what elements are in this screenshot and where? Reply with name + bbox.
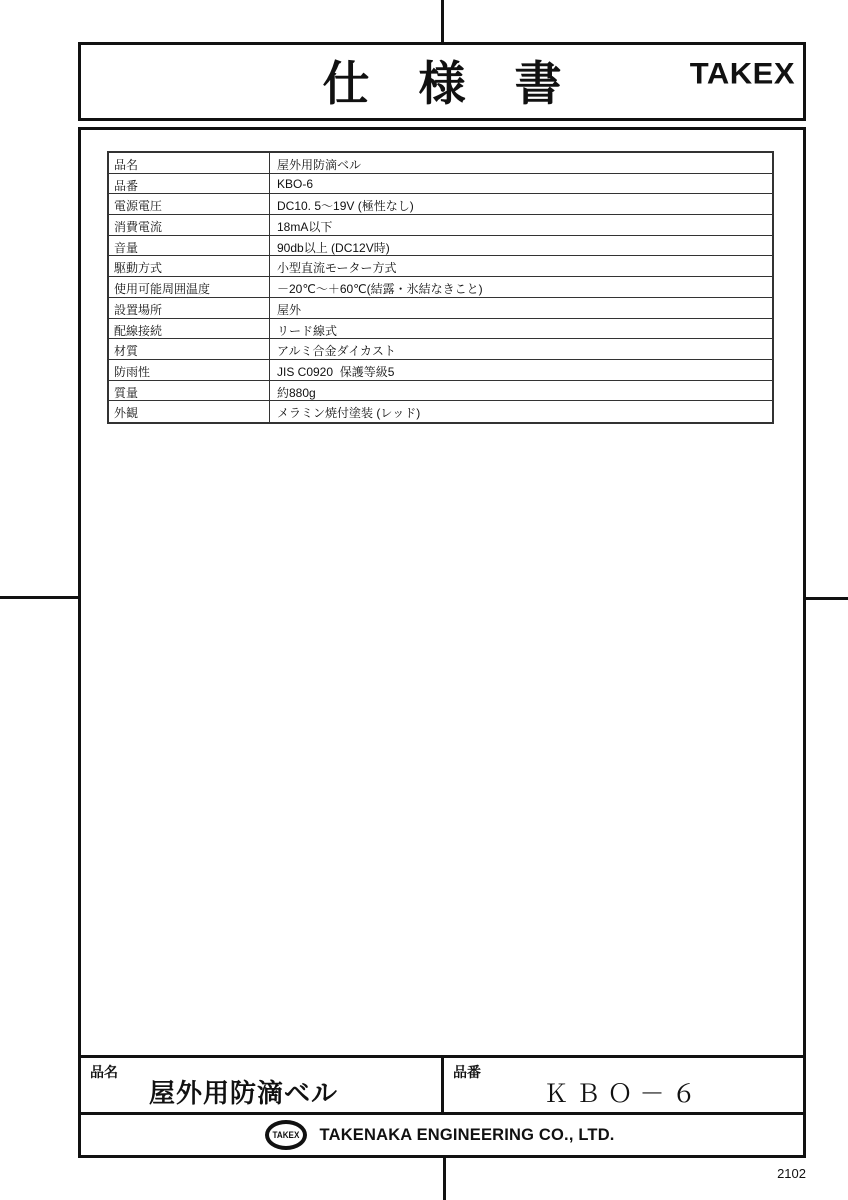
takex-logo: TAKEX	[690, 57, 795, 92]
spec-label-cell: 設置場所	[109, 298, 270, 318]
summary-model-cell: 品番 ＫＢＯ－６	[444, 1058, 803, 1112]
spec-value-cell: 18mA以下	[270, 215, 772, 235]
summary-name-cell: 品名 屋外用防滴ベル	[81, 1058, 444, 1112]
spec-table: 品名 屋外用防滴ベル 品番 KBO-6 電源電圧 DC10. 5～19V (極性…	[107, 151, 774, 424]
footer-company-name: TAKENAKA ENGINEERING CO., LTD.	[319, 1125, 614, 1145]
footer-band: TAKEX TAKENAKA ENGINEERING CO., LTD.	[81, 1115, 803, 1155]
table-row: 消費電流 18mA以下	[109, 215, 772, 236]
summary-model-value: ＫＢＯ－６	[444, 1074, 803, 1110]
takex-oval-logo-text: TAKEX	[272, 1130, 299, 1140]
summary-name-value: 屋外用防滴ベル	[149, 1073, 338, 1110]
table-row: 配線接続 リード線式	[109, 319, 772, 340]
crop-mark-left	[0, 596, 79, 599]
spec-value-cell: 屋外	[270, 298, 772, 318]
crop-mark-bottom	[443, 1157, 446, 1200]
spec-label-cell: 防雨性	[109, 360, 270, 380]
spec-label-cell: 駆動方式	[109, 256, 270, 276]
spec-label-cell: 電源電圧	[109, 194, 270, 214]
spec-sheet-page: 仕 様 書 TAKEX 品名 屋外用防滴ベル 品番 KBO-6 電源電圧 DC1…	[0, 0, 848, 1200]
spec-label-cell: 品番	[109, 174, 270, 194]
table-row: 使用可能周囲温度 －20℃～＋60℃(結露・氷結なきこと)	[109, 277, 772, 298]
spec-label-cell: 配線接続	[109, 319, 270, 339]
title-box: 仕 様 書 TAKEX	[78, 42, 806, 121]
spec-value-cell: 90db以上 (DC12V時)	[270, 236, 772, 256]
spec-label-cell: 外観	[109, 401, 270, 422]
spec-value-cell: 屋外用防滴ベル	[270, 153, 772, 173]
table-row: 質量 約880g	[109, 381, 772, 402]
crop-mark-top	[441, 0, 444, 43]
spec-label-cell: 消費電流	[109, 215, 270, 235]
table-row: 外観 メラミン焼付塗装 (レッド)	[109, 401, 772, 422]
spec-value-cell: KBO-6	[270, 174, 772, 194]
spec-value-cell: DC10. 5～19V (極性なし)	[270, 194, 772, 214]
spec-value-cell: JIS C0920 保護等級5	[270, 360, 772, 380]
spec-label-cell: 品名	[109, 153, 270, 173]
spec-value-cell: 小型直流モーター方式	[270, 256, 772, 276]
crop-mark-right	[805, 597, 848, 600]
main-frame: 品名 屋外用防滴ベル 品番 KBO-6 電源電圧 DC10. 5～19V (極性…	[78, 127, 806, 1158]
spec-label-cell: 質量	[109, 381, 270, 401]
spec-label-cell: 材質	[109, 339, 270, 359]
summary-name-label: 品名	[90, 1062, 118, 1082]
takex-oval-logo-icon: TAKEX	[265, 1120, 307, 1150]
spec-value-cell: アルミ合金ダイカスト	[270, 339, 772, 359]
spec-value-cell: 約880g	[270, 381, 772, 401]
table-row: 駆動方式 小型直流モーター方式	[109, 256, 772, 277]
spec-value-cell: リード線式	[270, 319, 772, 339]
spec-label-cell: 使用可能周囲温度	[109, 277, 270, 297]
table-row: 電源電圧 DC10. 5～19V (極性なし)	[109, 194, 772, 215]
table-row: 材質 アルミ合金ダイカスト	[109, 339, 772, 360]
table-row: 品名 屋外用防滴ベル	[109, 153, 772, 174]
table-row: 防雨性 JIS C0920 保護等級5	[109, 360, 772, 381]
spec-value-cell: －20℃～＋60℃(結露・氷結なきこと)	[270, 277, 772, 297]
spec-value-cell: メラミン焼付塗装 (レッド)	[270, 401, 772, 422]
table-row: 音量 90db以上 (DC12V時)	[109, 236, 772, 257]
page-number: 2102	[777, 1166, 806, 1181]
document-title: 仕 様 書	[304, 56, 579, 107]
table-row: 設置場所 屋外	[109, 298, 772, 319]
summary-row: 品名 屋外用防滴ベル 品番 ＫＢＯ－６	[81, 1055, 803, 1115]
spec-label-cell: 音量	[109, 236, 270, 256]
table-row: 品番 KBO-6	[109, 174, 772, 195]
